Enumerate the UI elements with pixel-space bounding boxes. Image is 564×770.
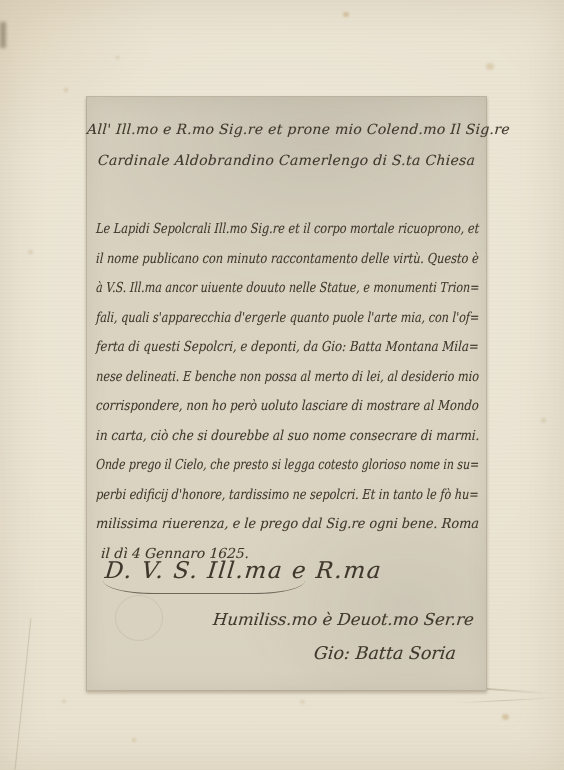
paper-crease <box>455 697 555 703</box>
paper-crease <box>14 618 32 769</box>
foxing-spot <box>116 56 119 59</box>
foxing-spot <box>541 418 546 423</box>
signature: Gio: Batta Soria <box>212 641 476 667</box>
plate-stain-ring <box>115 595 163 641</box>
body-line: nese delineati. E benche non possa al me… <box>95 363 409 393</box>
body-line: à V.S. Ill.ma ancor uiuente douuto nelle… <box>95 274 403 304</box>
foxing-spot <box>62 700 66 703</box>
body-line: perbi edificij d'honore, tardissimo ne s… <box>95 481 409 511</box>
flourish-underline <box>103 567 305 594</box>
body-line: fali, quali s'apparecchia d'ergerle quan… <box>95 304 407 334</box>
foxing-spot <box>28 250 33 254</box>
foxing-spot <box>502 714 509 720</box>
foxing-spot <box>132 738 136 742</box>
salutation-line-1: All' Ill.mo e R.mo Sig.re et prone mio C… <box>86 115 487 146</box>
body-line: ferta di questi Sepolcri, e deponti, da … <box>95 333 423 363</box>
letter-salutation: All' Ill.mo e R.mo Sig.re et prone mio C… <box>87 115 486 177</box>
body-line: Le Lapidi Sepolcrali Ill.mo Sig.re et il… <box>95 215 409 245</box>
body-line: milissima riuerenza, e le prego dal Sig.… <box>95 510 454 540</box>
foxing-spot <box>343 12 349 17</box>
closing-line: Humiliss.mo è Deuot.mo Ser.re <box>212 607 476 633</box>
foxing-spot <box>486 63 494 70</box>
body-line: Onde prego il Cielo, che presto si legga… <box>95 451 399 481</box>
body-line: corrispondere, non ho però uoluto lascia… <box>95 392 419 422</box>
scanned-letter-page: { "colors": { "paper": "#e9e2d0", "plate… <box>0 0 564 770</box>
body-line: in carta, ciò che si dourebbe al suo nom… <box>95 422 429 452</box>
foxing-spot <box>64 88 68 92</box>
salutation-line-2: Cardinale Aldobrandino Camerlengo di S.t… <box>86 146 487 177</box>
closing-block: Humiliss.mo è Deuot.mo Ser.re Gio: Batta… <box>213 607 474 667</box>
foxing-spot <box>300 700 305 704</box>
paper-sheet: All' Ill.mo e R.mo Sig.re et prone mio C… <box>0 0 564 770</box>
etched-plate: All' Ill.mo e R.mo Sig.re et prone mio C… <box>86 96 487 691</box>
body-line: il nome publicano con minuto raccontamen… <box>95 245 413 275</box>
letter-body: Le Lapidi Sepolcrali Ill.mo Sig.re et il… <box>96 215 479 569</box>
edge-smudge <box>0 22 6 48</box>
